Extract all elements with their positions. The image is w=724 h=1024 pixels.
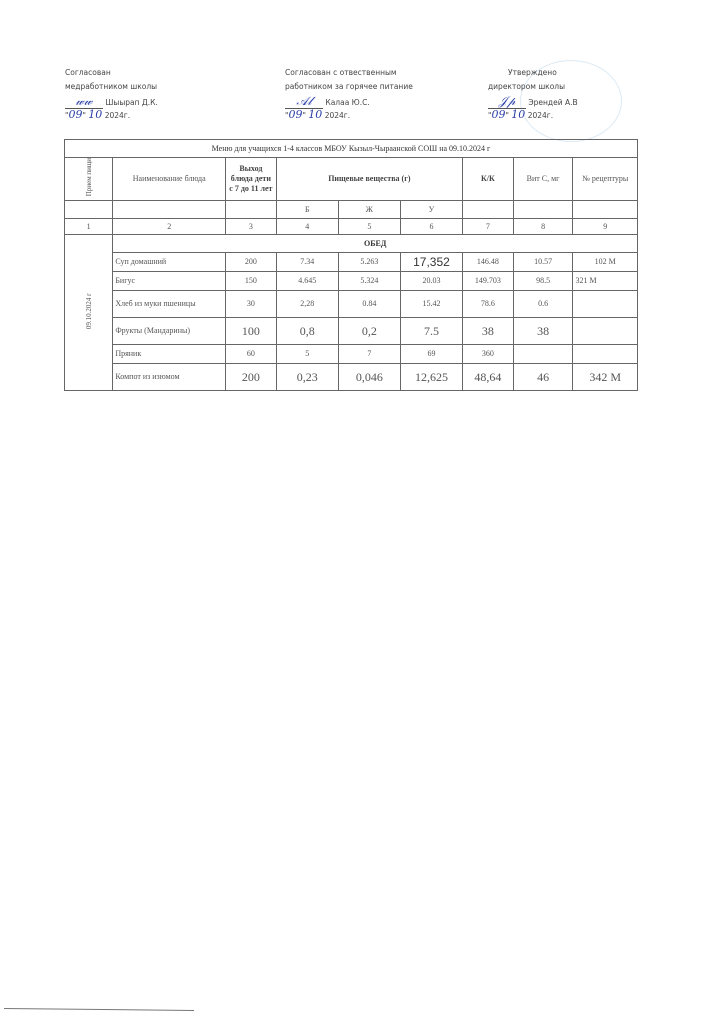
dish-yield: 100: [226, 318, 277, 345]
column-number: 7: [463, 219, 514, 235]
dish-recipe: [573, 345, 638, 364]
column-number: 5: [338, 219, 400, 235]
approval-director-month: 10: [511, 108, 525, 121]
approval-director-line2: директором школы: [488, 80, 578, 94]
nutrient-subheader-row: Б Ж У: [65, 201, 638, 219]
dish-protein: 2,28: [276, 291, 338, 318]
approval-medical-signature-line: 𝓌𝓌 Шыырап Д.К.: [65, 94, 158, 108]
approval-medical: Согласован медработником школы 𝓌𝓌 Шыырап…: [65, 66, 158, 122]
dish-vitamin-c: 10.57: [513, 253, 573, 272]
approval-food-date: "09" 10 2024г.: [285, 108, 413, 122]
table-row: Пряник 60 5 7 69 360: [65, 345, 638, 364]
column-number: 9: [573, 219, 638, 235]
dish-kcal: 48,64: [463, 364, 514, 391]
column-number: 2: [113, 219, 226, 235]
table-row: Фрукты (Мандарины) 100 0,8 0,2 7.5 38 38: [65, 318, 638, 345]
dish-fat: 5.324: [338, 272, 400, 291]
dish-vitamin-c: 38: [513, 318, 573, 345]
approval-food-day: 09: [288, 108, 302, 121]
approval-medical-month: 10: [88, 108, 102, 121]
table-header-row: Прием пищи Наименование блюда Выход блюд…: [65, 158, 638, 201]
dish-name: Компот из изюмом: [113, 364, 226, 391]
approval-medical-year: 2024г.: [105, 111, 130, 120]
approval-medical-line2: медработником школы: [65, 80, 158, 94]
subheader-fat: Ж: [338, 201, 400, 219]
column-number-row: 1 2 3 4 5 6 7 8 9: [65, 219, 638, 235]
dish-recipe: 102 М: [573, 253, 638, 272]
approval-director-day: 09: [491, 108, 505, 121]
dish-kcal: 360: [463, 345, 514, 364]
column-number: 8: [513, 219, 573, 235]
dish-protein: 0,23: [276, 364, 338, 391]
header-dish: Наименование блюда: [113, 158, 226, 201]
table-row: Компот из изюмом 200 0,23 0,046 12,625 4…: [65, 364, 638, 391]
dish-protein: 4.645: [276, 272, 338, 291]
signature-scribble-icon: 𝒥𝓅: [488, 94, 526, 109]
dish-carbs: 7.5: [400, 318, 462, 345]
dish-fat: 7: [338, 345, 400, 364]
header-yield: Выход блюда дети с 7 до 11 лет: [226, 158, 277, 201]
dish-kcal: 149.703: [463, 272, 514, 291]
dish-carbs: 12,625: [400, 364, 462, 391]
signature-scribble-icon: 𝓌𝓌: [65, 94, 103, 109]
section-lunch-label: ОБЕД: [113, 235, 638, 253]
dish-fat: 5.263: [338, 253, 400, 272]
dish-protein: 7.34: [276, 253, 338, 272]
table-row: Хлеб из муки пшеницы 30 2,28 0.84 15.42 …: [65, 291, 638, 318]
approval-food-year: 2024г.: [325, 111, 350, 120]
dish-kcal: 78.6: [463, 291, 514, 318]
date-label: 09.10.2024 г: [84, 293, 94, 329]
dish-protein: 0,8: [276, 318, 338, 345]
header-nutrients: Пищевые вещества (г): [276, 158, 462, 201]
table-row: Суп домашний 200 7.34 5.263 17,352 146.4…: [65, 253, 638, 272]
approval-director: Утверждено директором школы 𝒥𝓅 Эрендей А…: [488, 66, 578, 122]
table-row: Бигус 150 4.645 5.324 20.03 149.703 98.5…: [65, 272, 638, 291]
dish-yield: 200: [226, 253, 277, 272]
approval-director-line1: Утверждено: [488, 66, 578, 80]
table-title-row: Меню для учащихся 1-4 классов МБОУ Кызыл…: [65, 140, 638, 158]
column-number: 1: [65, 219, 113, 235]
dish-fat: 0.84: [338, 291, 400, 318]
approval-director-year: 2024г.: [528, 111, 553, 120]
approval-director-name: Эрендей А.В: [528, 98, 577, 107]
approval-medical-name: Шыырап Д.К.: [105, 98, 157, 107]
approval-food-line1: Согласован с отвественным: [285, 66, 413, 80]
dish-name: Фрукты (Мандарины): [113, 318, 226, 345]
dish-name: Пряник: [113, 345, 226, 364]
dish-recipe: 321 М: [573, 272, 638, 291]
dish-yield: 200: [226, 364, 277, 391]
approval-medical-line1: Согласован: [65, 66, 158, 80]
subheader-carbs: У: [400, 201, 462, 219]
dish-kcal: 38: [463, 318, 514, 345]
dish-carbs: 15.42: [400, 291, 462, 318]
approval-food-name: Калаа Ю.С.: [325, 98, 369, 107]
approval-medical-date: "09" 10 2024г.: [65, 108, 158, 122]
subheader-protein: Б: [276, 201, 338, 219]
dish-recipe: 342 М: [573, 364, 638, 391]
dish-vitamin-c: 98.5: [513, 272, 573, 291]
section-row-lunch: 09.10.2024 г ОБЕД: [65, 235, 638, 253]
dish-fat: 0,046: [338, 364, 400, 391]
column-number: 4: [276, 219, 338, 235]
scan-edge-line: [4, 1008, 194, 1011]
dish-recipe: [573, 318, 638, 345]
table-title: Меню для учащихся 1-4 классов МБОУ Кызыл…: [65, 140, 638, 158]
dish-carbs: 17,352: [400, 253, 462, 272]
dish-name: Хлеб из муки пшеницы: [113, 291, 226, 318]
approval-food-signature-line: 𝒜𝓁 Калаа Ю.С.: [285, 94, 413, 108]
approval-director-signature-line: 𝒥𝓅 Эрендей А.В: [488, 94, 578, 108]
header-meal: Прием пищи: [65, 158, 113, 201]
header-recipe: № рецептуры: [573, 158, 638, 201]
dish-vitamin-c: [513, 345, 573, 364]
column-number: 6: [400, 219, 462, 235]
dish-yield: 60: [226, 345, 277, 364]
approval-food-service: Согласован с отвественным работником за …: [285, 66, 413, 122]
dish-kcal: 146.48: [463, 253, 514, 272]
header-kcal: К/К: [463, 158, 514, 201]
dish-protein: 5: [276, 345, 338, 364]
menu-table: Меню для учащихся 1-4 классов МБОУ Кызыл…: [64, 139, 638, 391]
date-cell: 09.10.2024 г: [65, 235, 113, 391]
dish-yield: 150: [226, 272, 277, 291]
header-vitamin-c: Вит С, мг: [513, 158, 573, 201]
approval-medical-day: 09: [68, 108, 82, 121]
dish-fat: 0,2: [338, 318, 400, 345]
approval-director-date: "09" 10 2024г.: [488, 108, 578, 122]
dish-vitamin-c: 46: [513, 364, 573, 391]
dish-yield: 30: [226, 291, 277, 318]
dish-carbs: 69: [400, 345, 462, 364]
dish-name: Суп домашний: [113, 253, 226, 272]
approval-food-line2: работником за горячее питание: [285, 80, 413, 94]
dish-name: Бигус: [113, 272, 226, 291]
column-number: 3: [226, 219, 277, 235]
approval-food-month: 10: [308, 108, 322, 121]
dish-recipe: [573, 291, 638, 318]
dish-vitamin-c: 0.6: [513, 291, 573, 318]
dish-carbs: 20.03: [400, 272, 462, 291]
signature-scribble-icon: 𝒜𝓁: [285, 94, 323, 109]
